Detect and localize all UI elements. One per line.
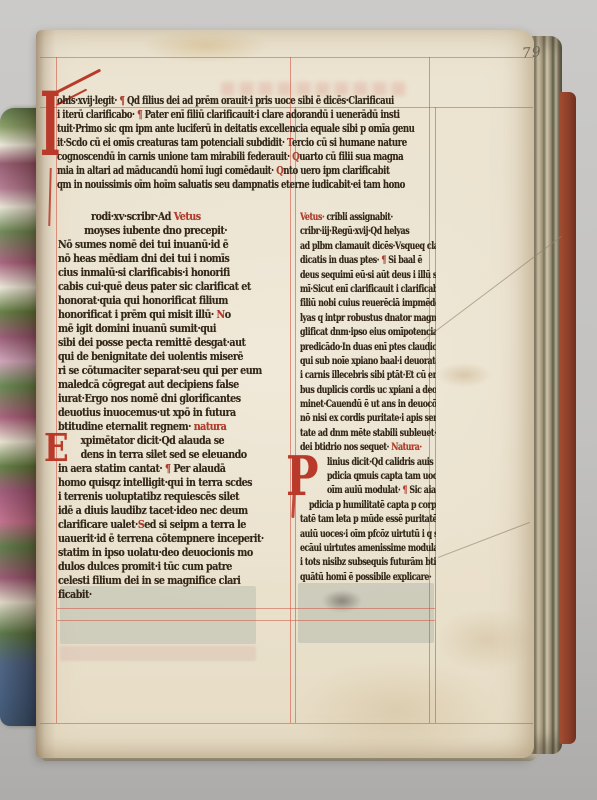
text-line: dens in terra silet sed se eleuando	[58, 448, 259, 462]
text-line: i tots nisibz subsequis futurām btitudin…	[300, 555, 402, 569]
text-line: filiū nobi cuius reuerēciā impmēdo·Ita h…	[300, 296, 402, 310]
text-line: predicādo·In duas enī ptes claudicant·	[300, 340, 402, 354]
text-line: ad plbm clamauit dicēs·Vsqueq clau	[300, 239, 402, 253]
text-line: uauerit·id ē terrena cōtempnere inceperi…	[58, 532, 259, 546]
text-line: mia in altari ad māducandū homī iugi com…	[57, 164, 357, 178]
folio-number: 79	[521, 44, 542, 62]
text-line: deus sequimī eū·si aūt deus i illū sequi	[300, 268, 402, 282]
text-line: Nō sumes nomē dei tui inuanū·id ē	[58, 238, 259, 252]
text-line: ri se cōtumaciter separat·seu qui per eu…	[58, 364, 259, 378]
text-line: auiū uoces·i oīm pfcōz uirtutū i q sui	[300, 527, 402, 541]
text-line: in aera statim cantat· ¶ Per alaudā	[58, 462, 259, 476]
text-line: homo quisqz intelligit·qui in terra scde…	[58, 476, 259, 490]
show-through-pink-band	[60, 646, 256, 661]
text-line: linius dicit·Qd calidris auis	[300, 455, 402, 469]
text-line: pdicia p humilitatē capta p corpis graui	[300, 498, 402, 512]
text-line: sibi dei posse pecta remittē desgat·aut	[58, 336, 259, 350]
right-text-column: Vetus· cribli assignabit·cribr·iij·Regū·…	[300, 210, 436, 586]
text-line: xpimētator dicit·Qd alauda se	[58, 434, 259, 448]
text-line: btitudine eternalit regnem· natura	[58, 420, 259, 434]
text-line: ecāui uirtutes amenissime modulatur·	[300, 541, 402, 555]
text-line: tate ad dnm mēte stabili subleuet·i sic	[300, 426, 402, 440]
photo-background: 79 I E P ohis·xvij·legit· ¶ Qd filius de…	[0, 0, 597, 800]
text-line: glificat dnm·ipso eius omīpotenciam	[300, 325, 402, 339]
text-line: i terrenis uoluptatibz requiescēs silet	[58, 490, 259, 504]
text-line: mī·Sicut enī clarificauit i clarificabit	[300, 282, 402, 296]
text-line: oīm auiū modulat· ¶ Sic aia deuota	[300, 483, 402, 497]
text-line: maledcā cōgregat aut decipiens false	[58, 378, 259, 392]
text-line: honorificat i prēm qui misit illū· No	[58, 308, 259, 322]
ruling-line-top	[40, 57, 533, 58]
top-text-block: ohis·xvij·legit· ¶ Qd filius dei ad prēm…	[57, 94, 441, 194]
text-line: honorat·quia qui honorificat filium	[58, 294, 259, 308]
text-line: clarificare ualet·Sed si seipm a terra l…	[58, 518, 259, 532]
text-line: ficabit·	[58, 588, 259, 602]
book-cover-edge	[559, 92, 576, 744]
ruling-line-colfoot-b	[57, 620, 435, 621]
text-line: iurat·Ergo nos nomē dni glorificantes	[58, 392, 259, 406]
text-line: minet·Cauendū ē ut ans in deuocōe	[300, 397, 402, 411]
facing-page-illumination-sliver	[0, 108, 39, 726]
text-line: tatē tam leta p mūde essē puritatē·oīm	[300, 512, 402, 526]
text-line: dei btidrio nos sequet· Natura·	[300, 440, 402, 454]
ruling-line-bottom	[40, 723, 533, 724]
text-line: cius inmalū·si clarificabis·i honorifi	[58, 266, 259, 280]
text-line: idē a diuis laudibz tacet·ideo nec deum	[58, 504, 259, 518]
left-text-column: rodi·xv·scribr·Ad Vetusmoyses iubente dn…	[58, 210, 289, 604]
text-line: cribr·iij·Regū·xvij·Qd helyas	[300, 224, 402, 238]
text-line: Vetus· cribli assignabit·	[300, 210, 402, 224]
text-line: deuotius inuocemus·ut xpō in futura	[58, 406, 259, 420]
text-line: i carnis illecebris sibi ptāt·Et cū enī …	[300, 368, 402, 382]
text-line: cabis cui·quē deus pater sic clarificat …	[58, 280, 259, 294]
text-line: moyses iubente dno precepit·	[58, 224, 259, 238]
ruling-line-intercolumn-b	[295, 107, 296, 723]
text-line: bus duplicis cordis uc xpiani a deo co	[300, 383, 402, 397]
text-line: tuit·Primo sic qm ipm ante luciferū in d…	[57, 122, 357, 136]
text-line: nō nisi ex cordis puritate·i apis senci	[300, 411, 402, 425]
text-line: statim in ipso uolatu·deo deuocionis mo	[58, 546, 259, 560]
text-line: qui sub noīe xpiano baal·i deuoratoris	[300, 354, 402, 368]
text-line: dulos dulces promit·i tūc cum patre	[58, 560, 259, 574]
text-line: qm in nouissimis oīm hoīm saluatis seu d…	[57, 178, 357, 192]
text-line: pdicia qmuis capta tam uoces	[300, 469, 402, 483]
text-line: celesti filium dei in se magnifice clari	[58, 574, 259, 588]
manuscript-page: 79 I E P ohis·xvij·legit· ¶ Qd filius de…	[36, 30, 534, 758]
show-through-right	[298, 583, 434, 643]
text-line: ohis·xvij·legit· ¶ Qd filius dei ad prēm…	[57, 94, 357, 108]
text-line: it·Scdo cū ei omīs creaturas tam potenci…	[57, 136, 357, 150]
text-line: mē igit domini inuanū sumit·qui	[58, 322, 259, 336]
text-line: rodi·xv·scribr·Ad Vetus	[58, 210, 259, 224]
text-line: cognoscendū in carnis unione tam mirabil…	[57, 150, 357, 164]
parchment-crease-lower	[438, 522, 530, 558]
text-line: qui de benignitate dei uolentis miserē	[58, 350, 259, 364]
text-line: quātū homī ē possibile explicare·	[300, 570, 402, 584]
ruling-line-colfoot-a	[57, 608, 435, 609]
text-line: i iterū clarificabo· ¶ Pater enī filiū c…	[57, 108, 357, 122]
text-line: dicatis in duas ptes· ¶ Si baal ē	[300, 253, 402, 267]
text-line: lyas q intpr robustus dnator magnifice	[300, 311, 402, 325]
text-line: nō heas mēdiam dni dei tui i nomīs	[58, 252, 259, 266]
